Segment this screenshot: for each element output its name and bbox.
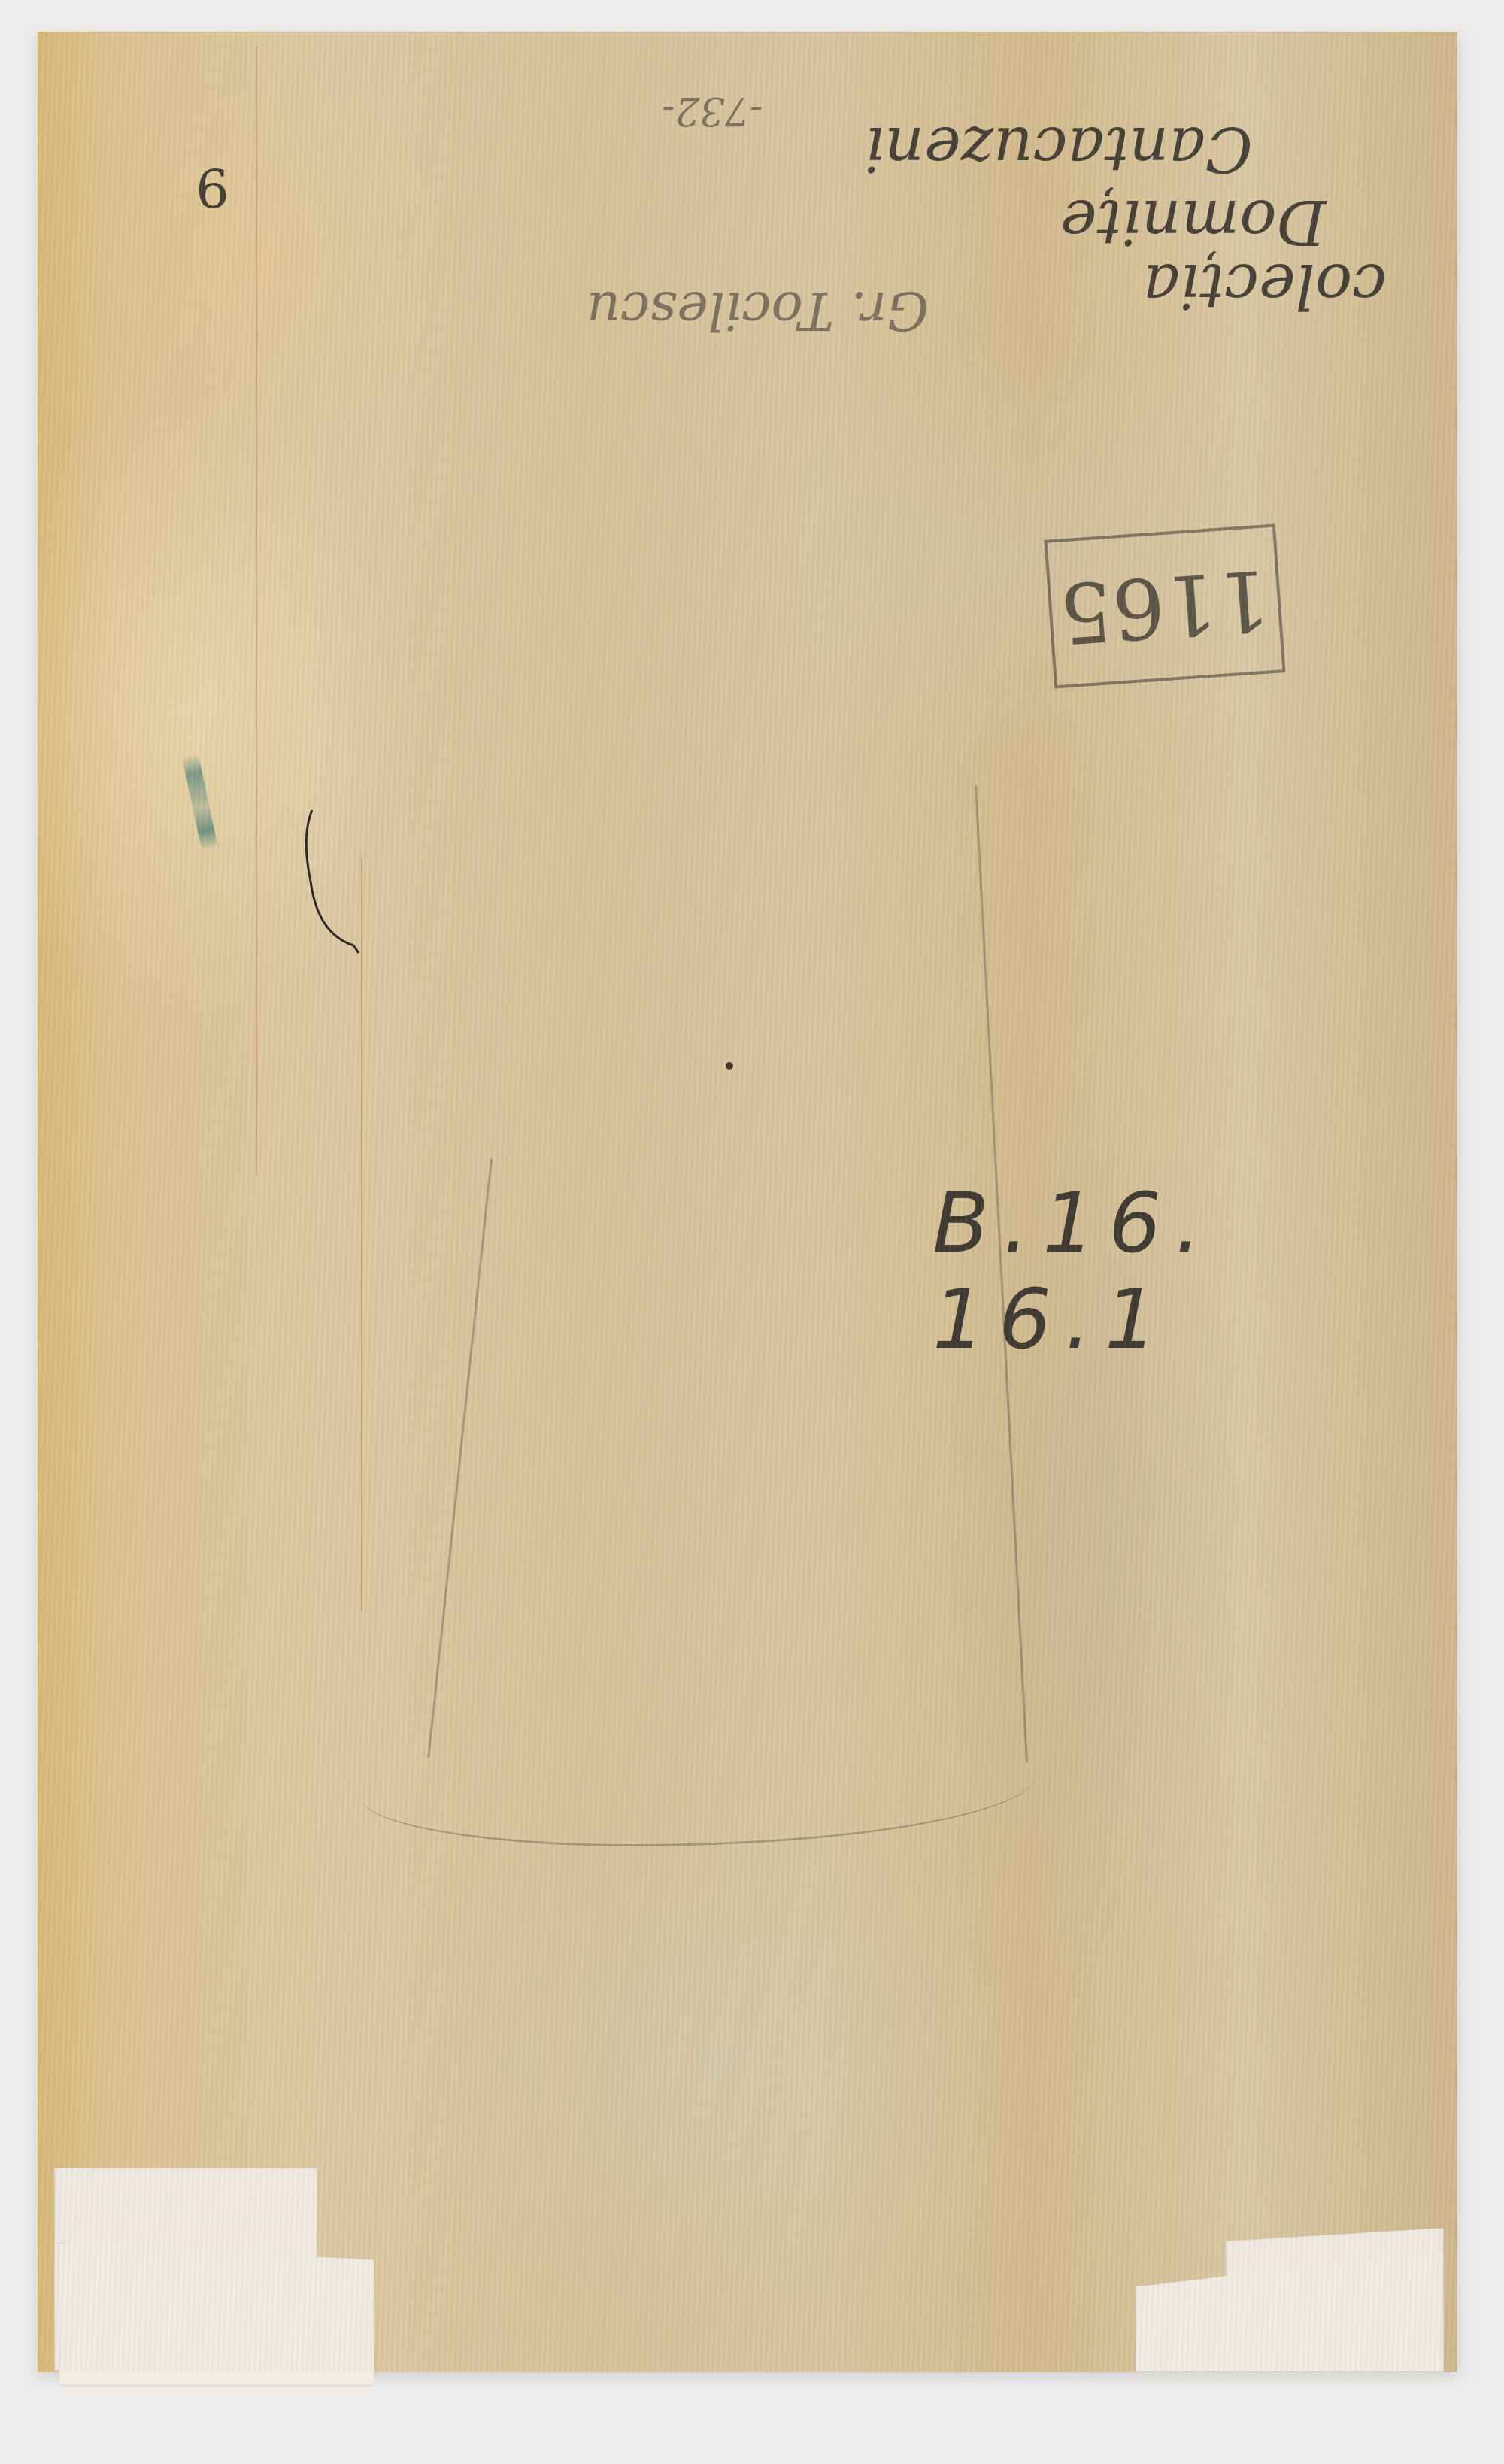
red-vertical-line (361, 859, 362, 1611)
small-number-inscription: -732- (662, 88, 763, 133)
photo-stage: -732- 9 Cantacuzeni Domnițe colecția Gr.… (0, 0, 1504, 2464)
blue-ink-mark (182, 753, 219, 852)
inventory-number: B.16. 16.1 (932, 1175, 1457, 1367)
ink-dot (726, 1062, 733, 1070)
circled-number-mark: 9 (180, 156, 244, 220)
hinge-bottom-right-front (1136, 2250, 1444, 2372)
underdrawing-stroke (361, 1724, 1038, 1846)
inscription-colectia: colecția (1143, 250, 1387, 321)
faint-name-inscription: Gr. Tocilescu (587, 280, 929, 341)
inscription-domnite: Domnițe (1060, 186, 1326, 257)
paper-sheet: -732- 9 Cantacuzeni Domnițe colecția Gr.… (38, 32, 1457, 2372)
boxed-number-mark: 1165 (1044, 523, 1285, 688)
ink-stroke (297, 806, 365, 972)
boxed-number-text: 1165 (1057, 551, 1273, 661)
red-vertical-line (256, 47, 257, 1175)
hinge-bottom-left-front (59, 2243, 374, 2386)
underdrawing-stroke (427, 1159, 537, 1762)
inscription-cantacuzeni: Cantacuzeni (865, 113, 1253, 184)
